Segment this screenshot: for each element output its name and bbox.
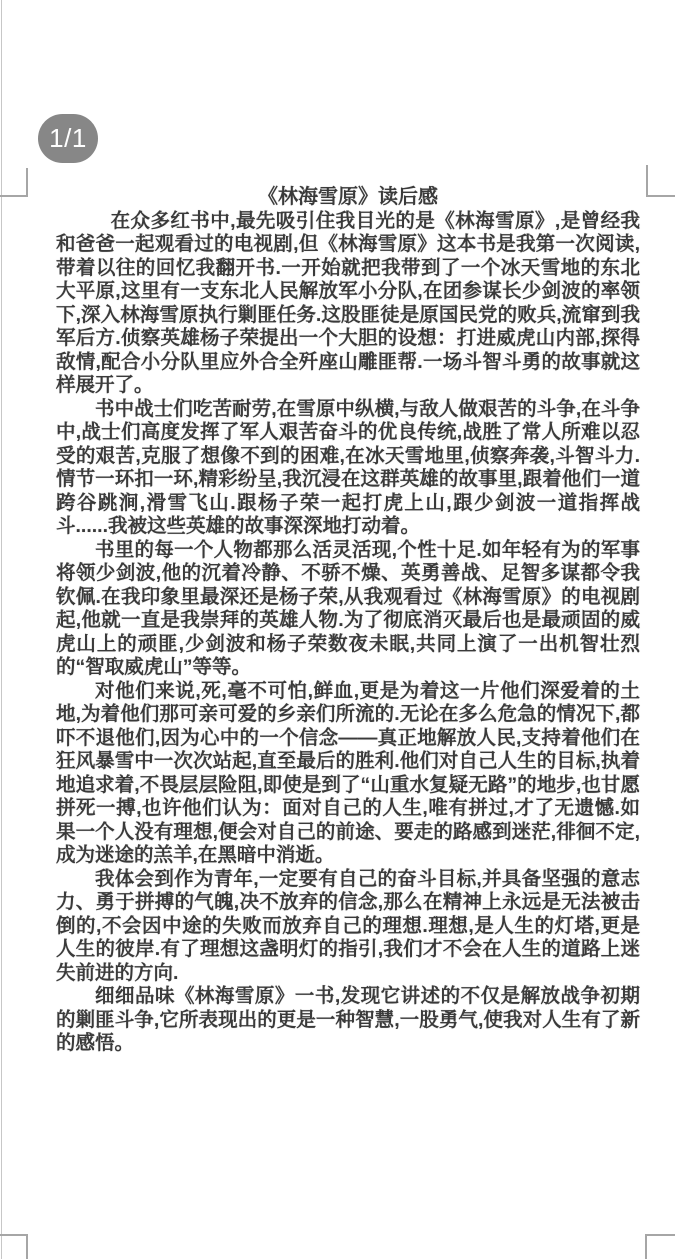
document-title: 《林海雪原》读后感 [56,186,640,210]
document-paragraph: 书中战士们吃苦耐劳,在雪原中纵横,与敌人做艰苦的斗争,在斗争中,战士们高度发挥了… [56,398,640,539]
page-indicator-badge: 1/1 [38,114,98,163]
crop-corner-right-icon [646,165,675,197]
document-paragraph: 对他们来说,死,毫不可怕,鲜血,更是为着这一片他们深爱着的土地,为着他们那可亲可… [56,680,640,868]
essay-body: 《林海雪原》读后感 在众多红书中,最先吸引住我目光的是《林海雪原》,是曾经我和爸… [56,186,640,1056]
document-paragraph: 书里的每一个人物都那么活灵活现,个性十足.如年轻有为的军事将领少剑波,他的沉着冷… [56,539,640,680]
crop-corner-left-icon [0,168,28,197]
document-paragraph: 我体会到作为青年,一定要有自己的奋斗目标,并具备坚强的意志力、勇于拼搏的气魄,决… [56,868,640,986]
scanned-document-page: 1/1 《林海雪原》读后感 在众多红书中,最先吸引住我目光的是《林海雪原》,是曾… [0,0,675,1259]
document-paragraph: 在众多红书中,最先吸引住我目光的是《林海雪原》,是曾经我和爸爸一起观看过的电视剧… [56,210,640,398]
crop-corner-bottom-right-icon [645,1234,675,1259]
document-paragraph: 细细品味《林海雪原》一书,发现它讲述的不仅是解放战争初期的剿匪斗争,它所表现出的… [56,985,640,1056]
crop-corner-bottom-left-icon [0,1234,28,1259]
